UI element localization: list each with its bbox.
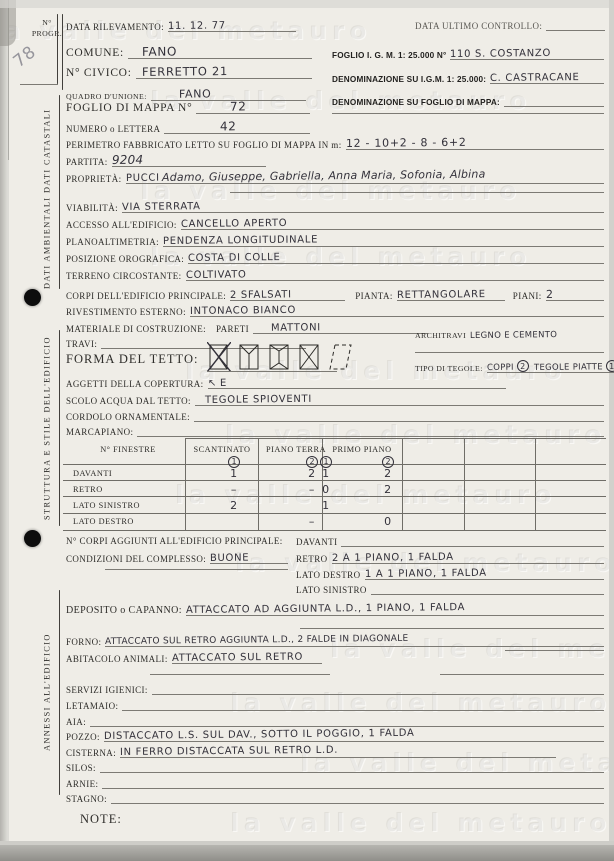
field-corpi-principale: CORPI DELL'EDIFICIO PRINCIPALE: 2 SFALSA… (66, 287, 604, 301)
field-foglio-igm: FOGLIO I. G. M. 1: 25.000 N° 110 S. COST… (332, 48, 604, 60)
denominazione-igm-value: C. CASTRACANE (490, 72, 580, 84)
progr-label: N° PROGR. (30, 18, 64, 39)
field-posizione-orografica: POSIZIONE OROGRAFICA: COSTA DI COLLE (66, 252, 604, 264)
aggetti-value: E (220, 378, 227, 389)
denominazione-mappa-label: DENOMINAZIONE SU FOGLIO DI MAPPA: (332, 98, 500, 107)
field-n-civico: N° CIVICO: FERRETTO 21 (66, 64, 312, 79)
aggiunti-lato-destro-label: LATO DESTRO (296, 570, 361, 580)
section-brace (59, 330, 60, 526)
corpi-principale-label: CORPI DELL'EDIFICIO PRINCIPALE: (66, 291, 226, 301)
cisterna-label: CISTERNA: (66, 748, 116, 758)
cordolo-label: CORDOLO ORNAMENTALE: (66, 412, 190, 422)
proprieta-value-names: Adamo, Giuseppe, Gabriella, Anna Maria, … (162, 168, 486, 184)
materiale-sub-label: PARETI (216, 324, 249, 334)
pianta-label: PIANTA: (355, 291, 393, 301)
field-data-ultimo-controllo: DATA ULTIMO CONTROLLO: (415, 20, 605, 31)
row-lato-destro-label: LATO DESTRO (73, 517, 134, 526)
rivestimento-value: INTONACO BIANCO (190, 305, 296, 317)
proprieta-label: PROPRIETÀ: (66, 174, 122, 184)
blank-rule (207, 371, 337, 372)
servizi-igienici-label: SERVIZI IGIENICI: (66, 685, 148, 695)
field-terreno-circostante: TERRENO CIRCOSTANTE: COLTIVATO (66, 269, 604, 281)
blank-rule (440, 674, 604, 675)
aggetti-arrow-mark: ↖ (207, 378, 216, 389)
scanned-survey-form: la valle del metauro la valle del metaur… (0, 0, 614, 861)
rivestimento-label: RIVESTIMENTO ESTERNO: (66, 307, 186, 317)
field-planoaltimetria: PLANOALTIMETRIA: PENDENZA LONGITUDINALE (66, 235, 604, 247)
n-civico-label: N° CIVICO: (66, 67, 132, 79)
field-architravi: ARCHITRAVI LEGNO E CEMENTO (415, 330, 604, 340)
forno-label: FORNO: (66, 637, 101, 647)
terreno-circostante-label: TERRENO CIRCOSTANTE: (66, 271, 182, 281)
stagno-label: STAGNO: (66, 794, 107, 804)
roof-shape-pavilion-icon (297, 342, 321, 372)
numero-lettera-label: NUMERO o LETTERA (66, 124, 160, 134)
cisterna-value: IN FERRO DISTACCATA SUL RETRO L.D. (120, 745, 338, 758)
field-data-rilevamento: DATA RILEVAMENTO: 11. 12. 77 (66, 20, 296, 32)
section-label-dati-ambientali: DATI AMBIENTALI (40, 196, 54, 290)
subcol-corpo-1-circled: 1 (320, 456, 332, 468)
punch-hole (24, 289, 41, 306)
pianta-value: RETTANGOLARE (397, 289, 486, 301)
blank-rule (230, 192, 604, 193)
scan-top-edge (0, 0, 614, 8)
terreno-circostante-value: COLTIVATO (185, 269, 246, 281)
field-abitacolo: ABITACOLO ANIMALI: ATTACCATO SUL RETRO (66, 652, 466, 664)
section-brace (59, 590, 60, 795)
field-aggiunti-davanti: DAVANTI (296, 536, 604, 547)
field-arnie: ARNIE: (66, 778, 604, 789)
tegole-piatte-count-circled: 1 (606, 360, 614, 372)
lato-sinistro-pp1: 1 (322, 499, 330, 512)
tipo-tegole-piatte-value: TEGOLE PIATTE (534, 362, 603, 373)
field-corpi-aggiunti: N° CORPI AGGIUNTI ALL'EDIFICIO PRINCIPAL… (66, 536, 291, 546)
field-forno: FORNO: ATTACCATO SUL RETRO AGGIUNTA L.D.… (66, 636, 604, 647)
aia-label: AIA: (66, 717, 86, 727)
note-label: NOTE: (80, 812, 122, 827)
forno-value: ATTACCATO SUL RETRO AGGIUNTA L.D., 2 FAL… (105, 634, 409, 647)
retro-pt2: – (309, 483, 315, 496)
architravi-value: LEGNO E CEMENTO (470, 330, 557, 341)
aggiunti-retro-value: 2 A 1 PIANO, 1 FALDA (331, 552, 453, 564)
progr-box-line (57, 14, 58, 84)
scolo-acqua-label: SCOLO ACQUA DAL TETTO: (66, 396, 191, 406)
field-denominazione-mappa: DENOMINAZIONE SU FOGLIO DI MAPPA: (332, 96, 604, 107)
punch-hole (24, 530, 41, 547)
posizione-orografica-value: COSTA DI COLLE (188, 252, 281, 264)
planoaltimetria-value: PENDENZA LONGITUDINALE (163, 234, 318, 247)
perimetro-label: PERIMETRO FABBRICATO LETTO SU FOGLIO DI … (66, 140, 342, 150)
field-aggiunti-lato-destro: LATO DESTRO 1 A 1 PIANO, 1 FALDA (296, 568, 604, 580)
field-aggiunti-lato-sinistro: LATO SINISTRO (296, 584, 604, 595)
row-lato-sinistro-label: LATO SINISTRO (73, 501, 140, 510)
field-aggiunti-retro: RETRO 2 A 1 PIANO, 1 FALDA (296, 552, 604, 564)
field-stagno: STAGNO: (66, 793, 604, 804)
retro-pt1: – (231, 483, 237, 496)
subcol-corpo-2-circled: 2 (382, 456, 394, 468)
field-denominazione-igm: DENOMINAZIONE SU I.G.M. 1: 25.000: C. CA… (332, 72, 604, 84)
roof-shape-icons (207, 342, 353, 372)
comune-label: COMUNE: (66, 47, 124, 59)
viabilita-value: VIA STERRATA (122, 201, 201, 213)
lato-sinistro-pt1: 2 (230, 499, 238, 512)
travi-label: TRAVI: (66, 339, 97, 349)
deposito-value: ATTACCATO AD AGGIUNTA L.D., 1 PIANO, 1 F… (186, 602, 465, 616)
corpi-aggiunti-label: N° CORPI AGGIUNTI ALL'EDIFICIO PRINCIPAL… (66, 536, 283, 546)
table-line (63, 496, 606, 497)
tipo-tegole-coppi-value: COPPI (487, 363, 514, 373)
blank-rule (300, 628, 604, 629)
pozzo-label: POZZO: (66, 732, 100, 742)
section-label-dati-catastali: DATI CATASTALI (40, 95, 54, 207)
silos-label: SILOS: (66, 763, 96, 773)
planoaltimetria-label: PLANOALTIMETRIA: (66, 237, 159, 247)
field-letamaio: LETAMAIO: (66, 700, 604, 711)
piani-value: 2 (546, 288, 554, 301)
pozzo-value: DISTACCATO L.S. SUL DAV., SOTTO IL POGGI… (104, 728, 415, 742)
roof-shape-ridge-icon (267, 342, 291, 372)
field-numero-lettera: NUMERO o LETTERA 42 (66, 119, 310, 134)
viabilita-label: VIABILITÀ: (66, 203, 118, 213)
proprieta-value-surname: PUCCI (125, 173, 159, 184)
lato-destro-pt2: – (309, 515, 315, 528)
field-foglio-mappa: FOGLIO DI MAPPA N° 72 (66, 99, 310, 114)
foglio-igm-label: FOGLIO I. G. M. 1: 25.000 N° (332, 51, 446, 60)
field-accesso: ACCESSO ALL'EDIFICIO: CANCELLO APERTO (66, 218, 604, 230)
field-materiale: MATERIALE DI COSTRUZIONE: PARETI MATTONI (66, 322, 428, 334)
scolo-acqua-value: TEGOLE SPIOVENTI (195, 394, 312, 406)
blank-rule (505, 650, 604, 651)
accesso-label: ACCESSO ALL'EDIFICIO: (66, 220, 177, 230)
table-line (63, 530, 606, 531)
deposito-label: DEPOSITO o CAPANNO: (66, 605, 182, 616)
forma-tetto-label: FORMA DEL TETTO: (66, 352, 198, 367)
field-cisterna: CISTERNA: IN FERRO DISTACCATA SUL RETRO … (66, 746, 556, 758)
comune-value: FANO (128, 44, 177, 59)
tipo-tegole-label: TIPO DI TEGOLE: (415, 364, 483, 373)
posizione-orografica-label: POSIZIONE OROGRAFICA: (66, 254, 184, 264)
table-line (402, 438, 403, 530)
field-comune: COMUNE: FANO (66, 44, 312, 59)
architravi-label: ARCHITRAVI (415, 331, 466, 340)
davanti-pp2: 2 (384, 467, 392, 480)
field-rivestimento: RIVESTIMENTO ESTERNO: INTONACO BIANCO (66, 305, 604, 317)
table-line (185, 438, 606, 439)
n-civico-value: FERRETTO 21 (135, 64, 227, 79)
field-condizioni: CONDIZIONI DEL COMPLESSO: BUONE (66, 552, 288, 564)
accesso-value: CANCELLO APERTO (181, 218, 287, 230)
field-silos: SILOS: (66, 762, 604, 773)
scan-right-edge (609, 0, 614, 861)
data-ultimo-controllo-label: DATA ULTIMO CONTROLLO: (415, 21, 542, 31)
davanti-pp1: 1 (322, 467, 330, 480)
letamaio-label: LETAMAIO: (66, 701, 118, 711)
table-line (535, 438, 536, 530)
section-label-annessi: ANNESSI ALL'EDIFICIO (40, 590, 54, 795)
retro-pp2: 2 (384, 483, 392, 496)
field-aggetti: AGGETTI DELLA COPERTURA: ↖ E (66, 377, 506, 389)
field-note: NOTE: (80, 812, 122, 827)
roof-shape-gable-end-icon (237, 342, 261, 372)
field-aia: AIA: (66, 716, 604, 727)
foglio-mappa-value: 72 (196, 99, 247, 114)
table-line (63, 464, 606, 465)
condizioni-value: BUONE (210, 553, 249, 564)
blank-rule (150, 674, 330, 675)
finestre-title: N° FINESTRE (75, 445, 181, 454)
finestre-table: N° FINESTRE SCANTINATO PIANO TERRA PRIMO… (63, 438, 606, 532)
perimetro-value: 12 - 10+2 - 8 - 6+2 (345, 136, 466, 150)
section-brace (59, 95, 60, 207)
field-deposito: DEPOSITO o CAPANNO: ATTACCATO AD AGGIUNT… (66, 604, 604, 616)
data-rilevamento-label: DATA RILEVAMENTO: (66, 22, 164, 32)
blank-rule (105, 569, 288, 570)
field-scolo-acqua: SCOLO ACQUA DAL TETTO: TEGOLE SPIOVENTI (66, 394, 604, 406)
field-servizi-igienici: SERVIZI IGIENICI: (66, 684, 604, 695)
partita-label: PARTITA: (66, 157, 108, 167)
scan-bottom-edge (0, 845, 614, 861)
subcol-corpo-2-circled: 2 (306, 456, 318, 468)
scan-edge-line (8, 0, 9, 160)
table-line (258, 438, 259, 530)
lato-destro-pp2: 0 (384, 515, 392, 528)
field-cordolo: CORDOLO ORNAMENTALE: (66, 411, 604, 422)
aggiunti-davanti-label: DAVANTI (296, 537, 337, 547)
piani-label: PIANI: (513, 291, 542, 301)
field-viabilita: VIABILITÀ: VIA STERRATA (66, 201, 604, 213)
arnie-label: ARNIE: (66, 779, 98, 789)
corpi-principale-value: 2 SFALSATI (230, 289, 292, 301)
progr-box-line (20, 84, 58, 85)
denominazione-igm-label: DENOMINAZIONE SU I.G.M. 1: 25.000: (332, 75, 486, 84)
section-brace (59, 197, 60, 289)
davanti-pt1: 1 (230, 467, 238, 480)
materiale-label: MATERIALE DI COSTRUZIONE: (66, 324, 206, 334)
davanti-pt2: 2 (308, 467, 316, 480)
retro-pp1: 0 (322, 483, 330, 496)
col-scantinato: SCANTINATO (187, 445, 257, 454)
watermark: la valle del metauro (230, 808, 611, 837)
foglio-mappa-label: FOGLIO DI MAPPA N° (66, 102, 192, 114)
abitacolo-value: ATTACCATO SUL RETRO (172, 652, 303, 664)
aggiunti-retro-label: RETRO (296, 554, 328, 564)
progr-value: 78 (10, 42, 40, 72)
field-forma-tetto: FORMA DEL TETTO: (66, 352, 198, 367)
table-line (185, 438, 186, 530)
aggetti-label: AGGETTI DELLA COPERTURA: (66, 379, 204, 389)
field-partita: PARTITA: 9204 (66, 152, 266, 167)
abitacolo-label: ABITACOLO ANIMALI: (66, 654, 168, 664)
aggiunti-lato-destro-value: 1 A 1 PIANO, 1 FALDA (364, 568, 486, 580)
field-perimetro: PERIMETRO FABBRICATO LETTO SU FOGLIO DI … (66, 136, 604, 150)
condizioni-label: CONDIZIONI DEL COMPLESSO: (66, 554, 206, 564)
numero-lettera-value: 42 (164, 119, 237, 134)
content-divider (62, 14, 63, 90)
row-davanti-label: DAVANTI (73, 469, 112, 478)
section-label-struttura: STRUTTURA E STILE DELL'EDIFICIO (40, 330, 54, 526)
field-proprieta: PROPRIETÀ: PUCCI Adamo, Giuseppe, Gabrie… (66, 170, 604, 184)
blank-rule (332, 113, 604, 114)
roof-shape-hip-crossed-icon (207, 342, 231, 372)
data-rilevamento-value: 11. 12. 77 (168, 20, 226, 32)
partita-value: 9204 (111, 153, 142, 167)
table-line (464, 438, 465, 530)
row-retro-label: RETRO (73, 485, 103, 494)
marcapiano-label: MARCAPIANO: (66, 427, 133, 437)
field-tipo-tegole: TIPO DI TEGOLE: COPPI 2 TEGOLE PIATTE 1 (415, 360, 607, 373)
materiale-value: MATTONI (253, 322, 321, 334)
table-line (63, 513, 606, 514)
foglio-igm-value: 110 S. COSTANZO (450, 48, 551, 60)
field-marcapiano: MARCAPIANO: (66, 426, 604, 437)
coppi-count-circled: 2 (517, 360, 529, 372)
aggiunti-lato-sinistro-label: LATO SINISTRO (296, 585, 367, 595)
roof-shape-single-pitch-dashed-icon (327, 342, 353, 372)
blank-rule (415, 352, 604, 353)
table-line (63, 480, 606, 481)
subcol-corpo-1-circled: 1 (228, 456, 240, 468)
field-pozzo: POZZO: DISTACCATO L.S. SUL DAV., SOTTO I… (66, 730, 604, 742)
